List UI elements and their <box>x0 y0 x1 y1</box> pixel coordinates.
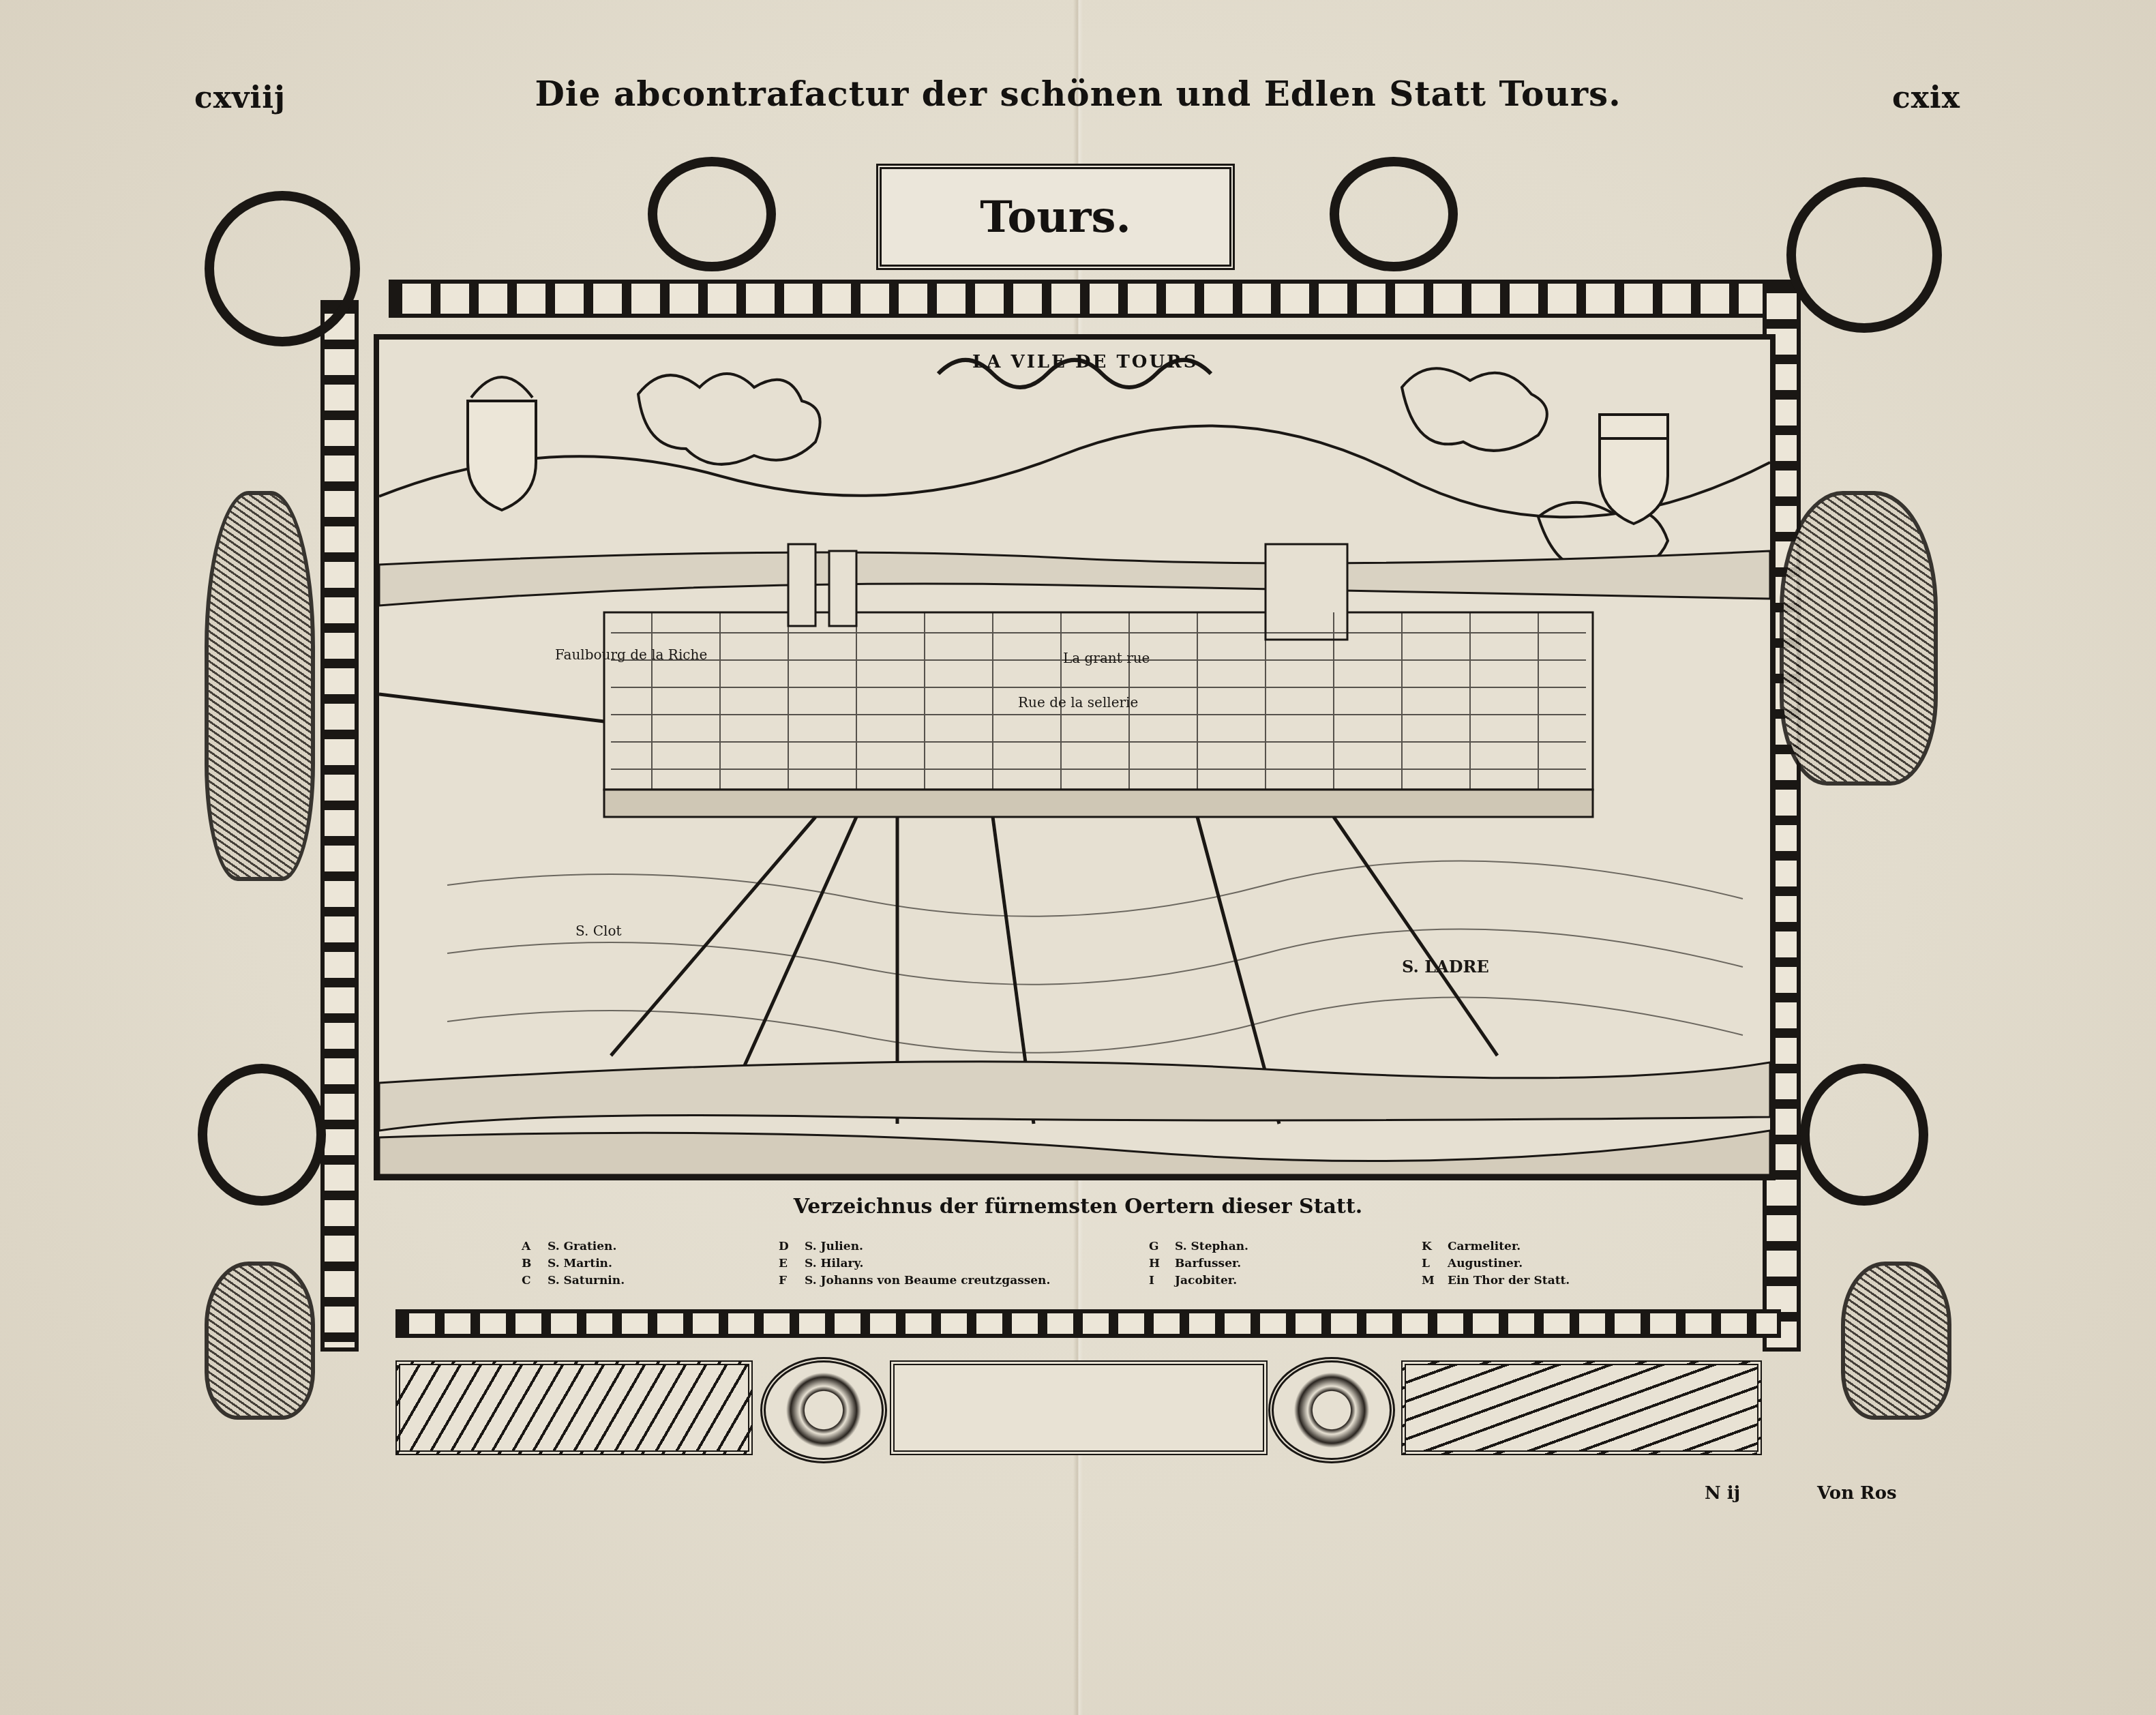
label-rue-sellerie: Rue de la sellerie <box>1018 694 1138 711</box>
legend-item: KCarmeliter. <box>1422 1238 1570 1255</box>
page-title: Die abcontrafactur der schönen und Edlen… <box>0 74 2156 114</box>
cartouche-label: Tours. <box>980 192 1131 243</box>
legend-title: Verzeichnus der fürnemsten Oertern diese… <box>0 1195 2156 1219</box>
wave-panel-left <box>395 1360 753 1455</box>
legend-column-2: DS. Julien. ES. Hilary. FS. Johanns von … <box>779 1238 1050 1289</box>
river-loire <box>379 551 1770 606</box>
label-grant-rue: La grant rue <box>1063 650 1150 666</box>
scroll-ornament-top-left <box>205 191 360 346</box>
label-s-clot: S. Clot <box>575 923 621 939</box>
legend-item: GS. Stephan. <box>1149 1238 1248 1255</box>
legend-item: AS. Gratien. <box>522 1238 625 1255</box>
frame-band-top <box>389 280 1788 318</box>
blank-cartouche-bottom <box>890 1360 1268 1455</box>
medallion-left <box>760 1357 887 1463</box>
medallion-right <box>1268 1357 1395 1463</box>
legend-column-1: AS. Gratien. BS. Martin. CS. Saturnin. <box>522 1238 625 1289</box>
map-banner-text: LA VILE DE TOURS <box>972 352 1198 372</box>
label-s-ladre: S. LADRE <box>1402 957 1489 976</box>
legend-item: FS. Johanns von Beaume creutzgassen. <box>779 1272 1050 1289</box>
scroll-ornament-top-center-left <box>648 157 776 271</box>
legend-item: HBarfusser. <box>1149 1255 1248 1272</box>
scroll-ornament-top-right <box>1786 177 1942 333</box>
mask-ornament-bottom-right <box>1841 1262 1951 1420</box>
scroll-ornament-bottom-right <box>1800 1064 1928 1206</box>
river-cher <box>379 1062 1770 1131</box>
arms-of-france <box>468 377 536 510</box>
legend-item: IJacobiter. <box>1149 1272 1248 1289</box>
legend-item: CS. Saturnin. <box>522 1272 625 1289</box>
wave-panel-right <box>1401 1360 1762 1455</box>
frame-band-left <box>320 300 359 1352</box>
folio-right: cxix <box>1892 80 1960 115</box>
legend-item: DS. Julien. <box>779 1238 1050 1255</box>
legend-item: ES. Hilary. <box>779 1255 1050 1272</box>
scroll-ornament-bottom-left <box>198 1064 326 1206</box>
legend-item: BS. Martin. <box>522 1255 625 1272</box>
city-view-map: LA VILE DE TOURS Faulbourg de la Riche L… <box>374 334 1776 1180</box>
title-cartouche: Tours. <box>876 164 1235 270</box>
atlas-figure-left <box>205 491 315 881</box>
female-figure-right <box>1780 491 1938 786</box>
city-drawing <box>379 340 1770 1175</box>
legend-item: LAugustiner. <box>1422 1255 1570 1272</box>
legend-column-3: GS. Stephan. HBarfusser. IJacobiter. <box>1149 1238 1248 1289</box>
frame-band-bottom <box>395 1309 1781 1338</box>
mask-ornament-bottom-left <box>205 1262 315 1420</box>
cloud-right <box>1402 368 1547 451</box>
arms-of-tours <box>1600 415 1668 524</box>
signature-mark: N ij <box>1705 1483 1740 1504</box>
legend-item: MEin Thor der Statt. <box>1422 1272 1570 1289</box>
scroll-ornament-top-center-right <box>1330 157 1458 271</box>
cloud-left <box>638 374 820 464</box>
catchword: Von Ros <box>1817 1483 1897 1504</box>
label-faubourg: Faulbourg de la Riche <box>555 646 707 663</box>
legend-column-4: KCarmeliter. LAugustiner. MEin Thor der … <box>1422 1238 1570 1289</box>
